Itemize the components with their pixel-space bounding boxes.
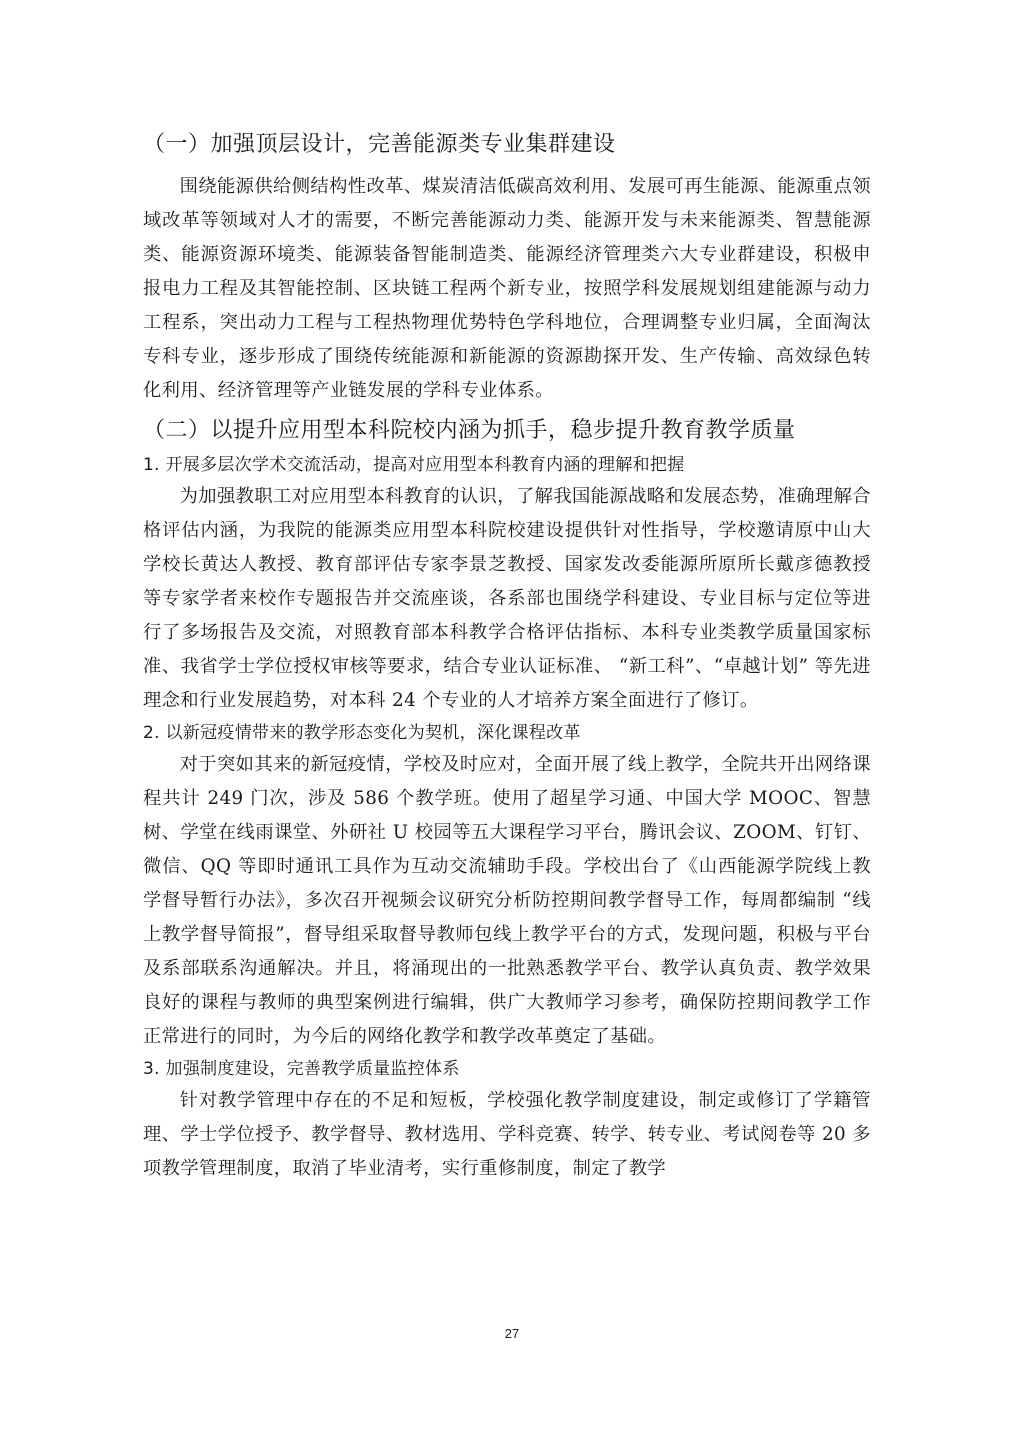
subsection-1-paragraph: 为加强教职工对应用型本科教育的认识，了解我国能源战略和发展态势，准确理解合格评估… (143, 480, 871, 718)
page-number: 27 (0, 1326, 1024, 1341)
subsection-heading-3: 3. 加强制度建设，完善教学质量监控体系 (143, 1054, 871, 1084)
section-heading-1: （一）加强顶层设计，完善能源类专业集群建设 (143, 128, 871, 162)
section-1-paragraph: 围绕能源供给侧结构性改革、煤炭清洁低碳高效利用、发展可再生能源、能源重点领域改革… (143, 170, 871, 408)
subsection-heading-1: 1. 开展多层次学术交流活动，提高对应用型本科教育内涵的理解和把握 (143, 450, 871, 480)
subsection-2-paragraph: 对于突如其来的新冠疫情，学校及时应对，全面开展了线上教学，全院共开出网络课程共计… (143, 748, 871, 1054)
page-content: （一）加强顶层设计，完善能源类专业集群建设 围绕能源供给侧结构性改革、煤炭清洁低… (143, 128, 871, 1186)
section-heading-2: （二）以提升应用型本科院校内涵为抓手，稳步提升教育教学质量 (143, 414, 871, 448)
subsection-heading-2: 2. 以新冠疫情带来的教学形态变化为契机，深化课程改革 (143, 718, 871, 748)
subsection-3-paragraph: 针对教学管理中存在的不足和短板，学校强化教学制度建设，制定或修订了学籍管理、学士… (143, 1084, 871, 1186)
document-page: （一）加强顶层设计，完善能源类专业集群建设 围绕能源供给侧结构性改革、煤炭清洁低… (0, 0, 1024, 1448)
